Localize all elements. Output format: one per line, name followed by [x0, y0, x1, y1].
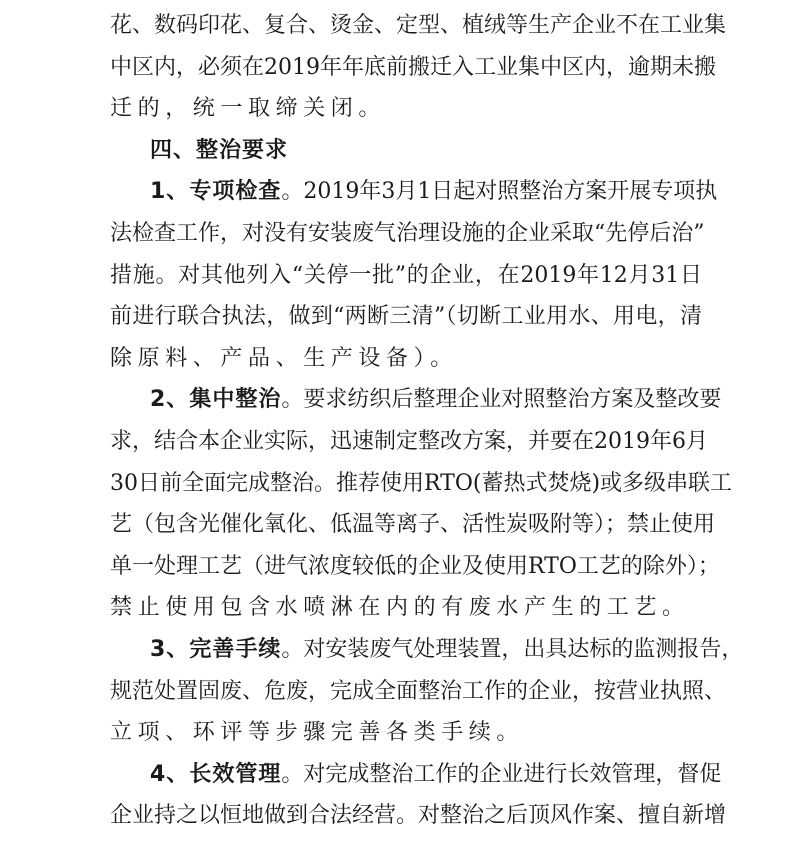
text-line: 花、数码印花、复合、烫金、定型、植绒等生产企业不在工业集 — [110, 5, 702, 47]
text-line: 除原料、产品、生产设备）。 — [110, 338, 702, 380]
text-line: 规范处置固废、危废，完成全面整治工作的企业，按营业执照、 — [110, 671, 702, 713]
item-number: 2、 — [150, 387, 189, 412]
intro-paragraph: 花、数码印花、复合、烫金、定型、植绒等生产企业不在工业集 中区内，必须在2019… — [110, 5, 702, 130]
item-4-paragraph: 4、长效管理。对完成整治工作的企业进行长效管理，督促 企业持之以恒地做到合法经营… — [110, 754, 702, 837]
text-line: 3、完善手续。对安装废气处理装置，出具达标的监测报告， — [110, 629, 702, 671]
item-1-paragraph: 1、专项检查。2019年3月1日起对照整治方案开展专项执 法检查工作，对没有安装… — [110, 171, 702, 379]
item-text: 。对安装废气处理装置，出具达标的监测报告， — [281, 637, 743, 662]
item-title: 集中整治 — [189, 387, 281, 412]
item-3-paragraph: 3、完善手续。对安装废气处理装置，出具达标的监测报告， 规范处置固废、危废，完成… — [110, 629, 702, 754]
item-number: 1、 — [150, 179, 189, 204]
item-title: 专项检查 — [189, 179, 281, 204]
text-line: 立项、环评等步骤完善各类手续。 — [110, 712, 702, 754]
text-line: 法检查工作，对没有安装废气治理设施的企业采取“先停后治” — [110, 213, 702, 255]
text-line: 前进行联合执法，做到“两断三清”（切断工业用水、用电，清 — [110, 296, 702, 338]
text-line: 单一处理工艺（进气浓度较低的企业及使用RTO工艺的除外）； — [110, 546, 702, 588]
item-text: 。对完成整治工作的企业进行长效管理，督促 — [281, 762, 721, 787]
document-page: 花、数码印花、复合、烫金、定型、植绒等生产企业不在工业集 中区内，必须在2019… — [110, 5, 702, 837]
text-line: 求，结合本企业实际，迅速制定整改方案，并要在2019年6月 — [110, 421, 702, 463]
item-number: 3、 — [150, 637, 189, 662]
text-line: 4、长效管理。对完成整治工作的企业进行长效管理，督促 — [110, 754, 702, 796]
item-text: 。要求纺织后整理企业对照整治方案及整改要 — [281, 387, 721, 412]
item-2-paragraph: 2、集中整治。要求纺织后整理企业对照整治方案及整改要 求，结合本企业实际，迅速制… — [110, 379, 702, 629]
item-title: 完善手续 — [189, 637, 281, 662]
text-line: 中区内，必须在2019年年底前搬迁入工业集中区内，逾期未搬 — [110, 47, 702, 89]
text-line: 1、专项检查。2019年3月1日起对照整治方案开展专项执 — [110, 171, 702, 213]
text-line: 艺（包含光催化氧化、低温等离子、活性炭吸附等）；禁止使用 — [110, 504, 702, 546]
text-line: 企业持之以恒地做到合法经营。对整治之后顶风作案、擅自新增 — [110, 795, 702, 837]
text-line: 措施。对其他列入“关停一批”的企业，在2019年12月31日 — [110, 255, 702, 297]
item-text: 。2019年3月1日起对照整治方案开展专项执 — [281, 179, 717, 204]
text-line: 30日前全面完成整治。推荐使用RTO(蓄热式焚烧)或多级串联工 — [110, 463, 702, 505]
text-line: 2、集中整治。要求纺织后整理企业对照整治方案及整改要 — [110, 379, 702, 421]
text-line: 禁止使用包含水喷淋在内的有废水产生的工艺。 — [110, 587, 702, 629]
text-line: 迁的，统一取缔关闭。 — [110, 88, 702, 130]
section-heading: 四、整治要求 — [110, 130, 702, 172]
item-title: 长效管理 — [189, 762, 281, 787]
item-number: 4、 — [150, 762, 189, 787]
